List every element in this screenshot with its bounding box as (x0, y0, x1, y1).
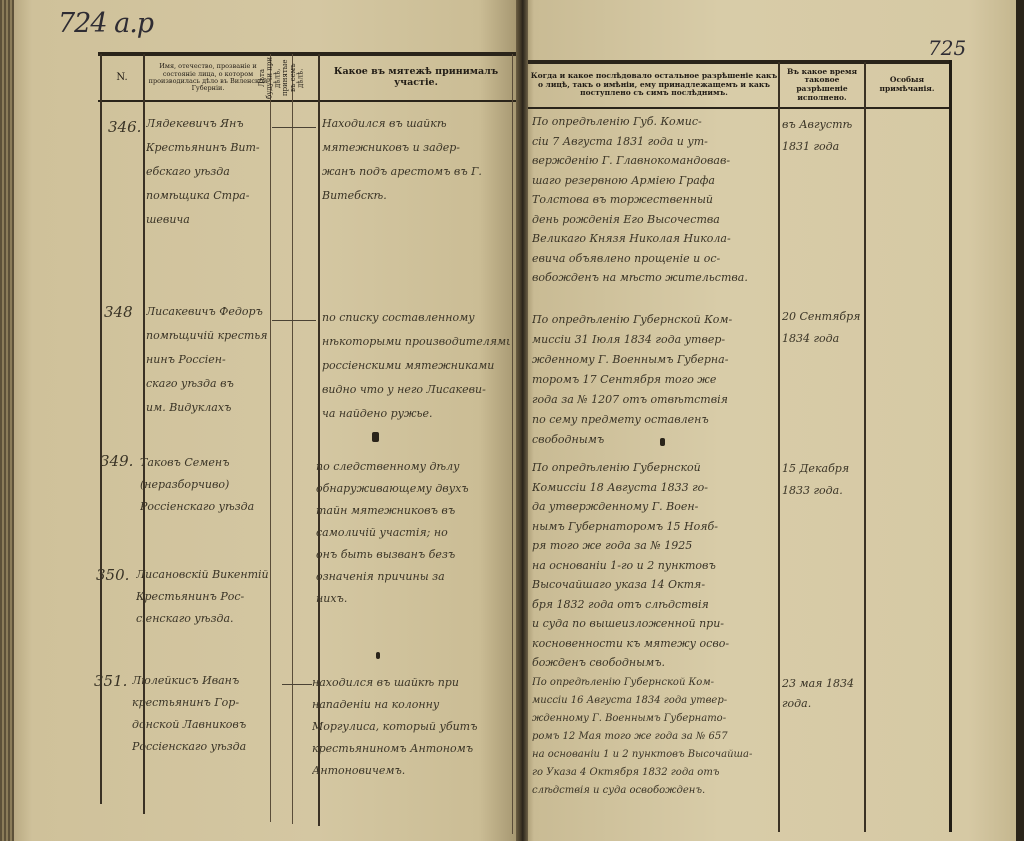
entry-participation: по следственному дѣлу обнаруживающему дв… (316, 456, 512, 610)
entry-executed: 20 Сентября 1834 года (782, 306, 862, 350)
book-spread: 724 а.р 725 N. Имя, отечество, прозваніе… (0, 0, 1024, 841)
header-participation: Какое въ мятежѣ принималъ участіе. (320, 58, 512, 98)
entry-number: 349. (100, 452, 133, 470)
entry-executed: въ Августѣ 1831 года (782, 114, 862, 158)
header-bottom-rule-left (98, 100, 516, 102)
entry-name: Лядекевичъ Янъ Крестьянинъ Вит- ебскаго … (146, 112, 268, 232)
col-rule-8 (864, 62, 866, 832)
ink-blot (372, 432, 379, 442)
entry-participation: Находился въ шайкѣ мятежниковъ и задер- … (322, 112, 510, 208)
col-rule-7 (778, 62, 780, 832)
entry-participation: находился въ шайкѣ при нападеніи на коло… (312, 672, 512, 782)
entry-executed: 23 мая 1834 года. (782, 674, 862, 714)
header-name: Имя, отечество, прозваніе и состояніе ли… (146, 56, 270, 100)
entry-number: 351. (94, 672, 127, 690)
header-age: Лѣта будучи при дѣлѣ, принятые въ семъ д… (272, 56, 292, 100)
header-executed: Въ какое время таковое разрѣшеніе исполн… (780, 64, 864, 106)
folio-number-right: 725 (928, 36, 966, 60)
entry-number: 348 (104, 303, 133, 321)
col-rule-1 (100, 54, 102, 804)
page-edge-right (1016, 0, 1024, 841)
page-edges-left (0, 0, 14, 841)
col-rule-6 (512, 54, 513, 834)
folio-number-left: 724 а.р (58, 8, 153, 39)
entry-resolution: По опредѣленію Губ. Комис- сіи 7 Августа… (532, 112, 776, 288)
entry-number: 350. (96, 566, 129, 584)
entry-name: Таковъ Семенъ (неразборчиво) Россіенскаг… (140, 452, 268, 518)
entry-resolution: По опредѣленію Губернской Ком- миссіи 31… (532, 310, 776, 450)
header-resolution: Когда и какое послѣдовало остальное разр… (530, 64, 778, 106)
entry-name: Люлейкисъ Иванъ крестьянинъ Гор- донской… (132, 670, 268, 758)
ink-blot (376, 652, 380, 659)
header-number: N. (102, 58, 142, 98)
entry-number: 346. (108, 118, 141, 136)
header-bottom-rule-right (528, 107, 950, 109)
col-rule-3 (270, 54, 271, 822)
ink-blot (660, 438, 665, 446)
entry-participation: по списку составленному нѣкоторыми произ… (322, 306, 510, 426)
header-notes: Особыя примѣчанія. (866, 64, 948, 106)
entry-dash (282, 684, 312, 685)
entry-dash (272, 320, 316, 321)
entry-resolution: По опредѣленію Губернской Комиссіи 18 Ав… (532, 458, 776, 673)
entry-dash (272, 127, 316, 128)
col-rule-4 (292, 54, 293, 824)
entry-executed: 15 Декабря 1833 года. (782, 458, 862, 502)
col-rule-9 (949, 60, 952, 832)
book-gutter (516, 0, 528, 841)
entry-name: Лисановскій Викентій Крестьянинъ Рос- сі… (136, 564, 268, 630)
entry-resolution: По опредѣленію Губернской Ком- миссіи 16… (532, 674, 776, 800)
entry-name: Лисакевичъ Федоръ помѣщичій крестья- нин… (146, 300, 268, 420)
